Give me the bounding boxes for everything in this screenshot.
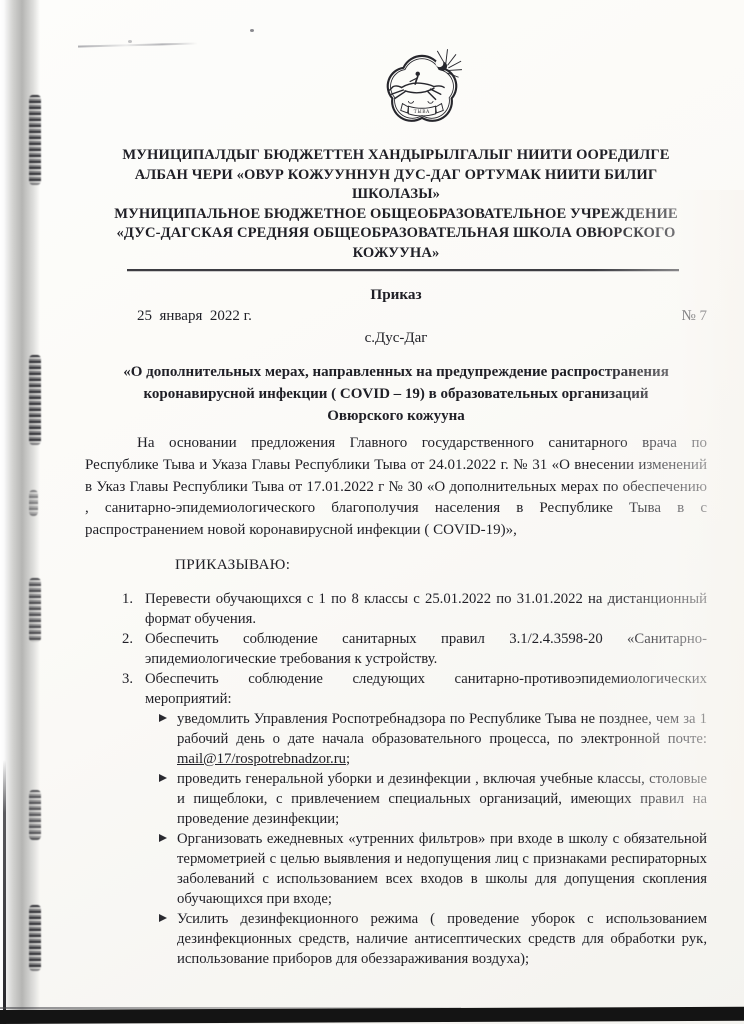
scan-smudge: [29, 790, 41, 840]
doc-date: 25 января 2022 г.: [137, 306, 252, 326]
order-title: «О дополнительных мерах, направленных на…: [107, 361, 685, 427]
horse-rider-icon: [390, 72, 444, 100]
order-subitem-2: проведить генеральной уборки и дезинфекц…: [177, 769, 707, 829]
order-item-3: Обеспечить соблюдение следующих санитарн…: [145, 669, 707, 709]
header-divider-line: [127, 269, 679, 271]
order-item-1: Перевести обучающихся с 1 по 8 классы с …: [145, 589, 707, 629]
scan-smudge: [29, 490, 38, 516]
ribbon-text: ТЫВА: [414, 110, 430, 115]
order-word: ПРИКАЗЫВАЮ:: [175, 555, 707, 575]
order-subitem-1: уведомлить Управления Роспотребнадзора п…: [177, 709, 707, 769]
document-body: ТЫВА МУНИЦИПАЛДЫГ БЮДЖЕТТЕН ХАНДЫРЫЛГАЛЫ…: [85, 46, 707, 969]
email-text: mail@17/rospotrebnadzor.ru: [177, 751, 346, 767]
date-number-row: 25 января 2022 г. № 7: [85, 306, 707, 326]
order-items-list: Перевести обучающихся с 1 по 8 классы с …: [85, 589, 707, 709]
org-name-tuvan: МУНИЦИПАЛДЫГ БЮДЖЕТТЕН ХАНДЫРЫЛГАЛЫГ НИИ…: [102, 146, 690, 205]
order-subitem-4: Усилить дезинфекционного режима ( провед…: [177, 909, 707, 969]
ribbon-banner-icon: ТЫВА: [401, 104, 444, 116]
org-name-russian: МУНИЦИПАЛЬНОЕ БЮДЖЕТНОЕ ОБЩЕОБРАЗОВАТЕЛЬ…: [102, 205, 690, 264]
doc-type-heading: Приказ: [85, 286, 707, 304]
doc-place: с.Дус-Даг: [85, 328, 707, 348]
scan-smudge: [29, 578, 41, 642]
scanned-document-page: ТЫВА МУНИЦИПАЛДЫГ БЮДЖЕТТЕН ХАНДЫРЫЛГАЛЫ…: [0, 0, 744, 1024]
scan-smudge: [29, 355, 41, 445]
order-subitem-3: Организовать ежедневных «утренних фильтр…: [177, 829, 707, 909]
scanner-bottom-band: [0, 1007, 744, 1024]
doc-number: № 7: [681, 306, 707, 326]
scan-smudge: [29, 905, 41, 971]
scan-smudge: [29, 95, 41, 185]
scan-speck: [250, 29, 254, 32]
tuva-coat-of-arms-icon: ТЫВА: [371, 46, 473, 134]
order-item-2: Обеспечить соблюдение санитарных правил …: [145, 629, 707, 669]
scanner-left-edge-line: [3, 760, 6, 1024]
order-preamble: На основании предложения Главного госуда…: [85, 433, 707, 542]
order-subitems-list: уведомлить Управления Роспотребнадзора п…: [85, 709, 707, 969]
horseshoe-icons: [408, 101, 433, 103]
scan-speck: [128, 40, 132, 43]
